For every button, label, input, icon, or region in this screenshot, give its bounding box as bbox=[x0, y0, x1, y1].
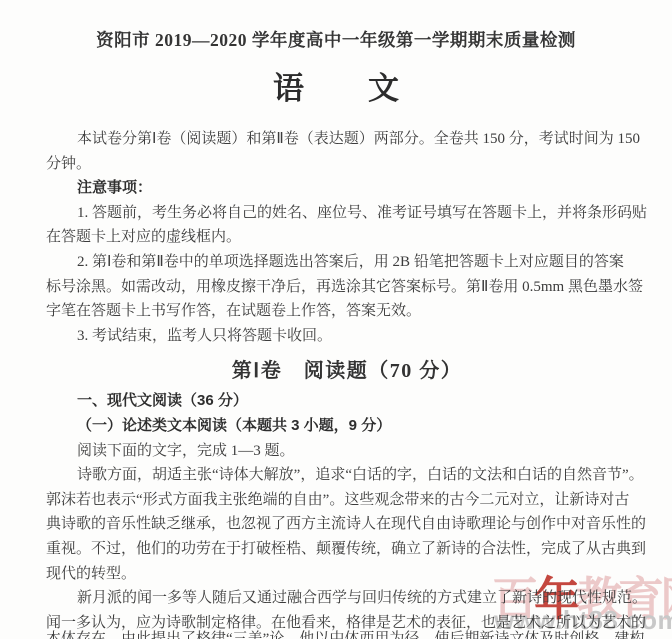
reading-instruction: 阅读下面的文字，完成 1—3 题。 bbox=[46, 439, 648, 464]
intro-line: 本试卷分第Ⅰ卷（阅读题）和第Ⅱ卷（表达题）两部分。全卷共 150 分，考试时间为… bbox=[46, 127, 648, 152]
notice-item1-line: 1. 答题前，考生务必将自己的姓名、座位号、准考证号填写在答题卡上，并将条形码贴 bbox=[46, 201, 648, 226]
exam-paper-page: 百年教育网 www.ht88.com 资阳市 2019—2020 学年度高中一年… bbox=[0, 0, 672, 639]
notice-heading: 注意事项： bbox=[46, 176, 648, 201]
exam-title: 资阳市 2019—2020 学年度高中一年级第一学期期末质量检测 bbox=[0, 27, 672, 52]
passage-line: 重视。不过，他们的功劳在于打破桎梏、颠覆传统，确立了新诗的合法性，完成了从古典到 bbox=[46, 537, 648, 562]
notice-item1-line: 在答题卡上对应的虚线框内。 bbox=[46, 225, 648, 250]
document-body: 本试卷分第Ⅰ卷（阅读题）和第Ⅱ卷（表达题）两部分。全卷共 150 分，考试时间为… bbox=[46, 127, 648, 635]
passage-line: 诗歌方面，胡适主张“诗体大解放”，追求“白话的字，白话的文法和白话的自然音节”。 bbox=[46, 463, 648, 488]
passage-line: 现代的转型。 bbox=[46, 562, 648, 587]
passage-line: 郭沫若也表示“形式方面我主张绝端的自由”。这些观念带来的古今二元对立，让新诗对古 bbox=[46, 488, 648, 513]
subpart-heading: （一）论述类文本阅读（本题共 3 小题，9 分） bbox=[46, 414, 648, 439]
intro-line: 分钟。 bbox=[46, 152, 648, 177]
passage-line: 新月派的闻一多等人随后又通过融合西学与回归传统的方式建立了新诗的现代性规范。 bbox=[46, 586, 648, 611]
notice-item3-line: 3. 考试结束，监考人只将答题卡收回。 bbox=[46, 324, 648, 349]
notice-item2-line: 字笔在答题卡上书写作答，在试题卷上作答，答案无效。 bbox=[46, 299, 648, 324]
subject-title: 语 文 bbox=[0, 63, 672, 108]
passage-line: 典诗歌的音乐性缺乏继承，也忽视了西方主流诗人在现代自由诗歌理论与创作中对音乐性的 bbox=[46, 512, 648, 537]
notice-item2-line: 标号涂黑。如需改动，用橡皮擦干净后，再选涂其它答案标号。第Ⅱ卷用 0.5mm 黑… bbox=[46, 275, 648, 300]
passage-line-clipped: 本体存在。由此提出了格律“三美”论，他以中体西用为径，使后期新诗文体及时创格、建… bbox=[46, 630, 666, 639]
part-heading: 一、现代文阅读（36 分） bbox=[46, 389, 648, 414]
section-heading: 第Ⅰ卷 阅读题（70 分） bbox=[46, 353, 648, 389]
subject-char: 语 bbox=[273, 63, 304, 108]
subject-char: 文 bbox=[368, 63, 399, 108]
notice-item2-line: 2. 第Ⅰ卷和第Ⅱ卷中的单项选择题选出答案后，用 2B 铅笔把答题卡上对应题目的… bbox=[46, 250, 648, 275]
